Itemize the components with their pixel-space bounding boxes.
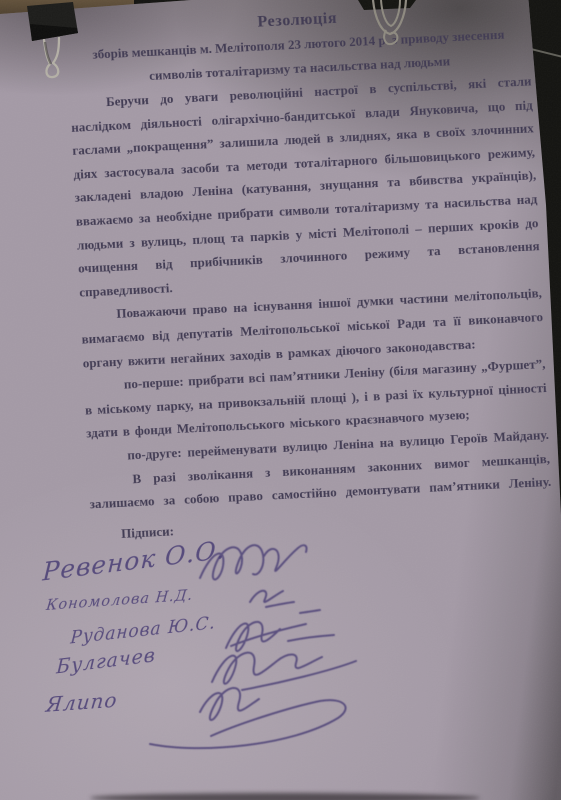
document-text: Резолюція зборів мешканців м. Мелітополя… <box>66 0 553 547</box>
paper-bottom-shadow <box>90 793 480 800</box>
document-body: Беручидоувагиреволюційнінастроївсуспільс… <box>70 69 552 516</box>
paragraph: Беручидоувагиреволюційнінастроївсуспільс… <box>70 69 542 304</box>
photo-of-document: Резолюція зборів мешканців м. Мелітополя… <box>0 0 561 800</box>
